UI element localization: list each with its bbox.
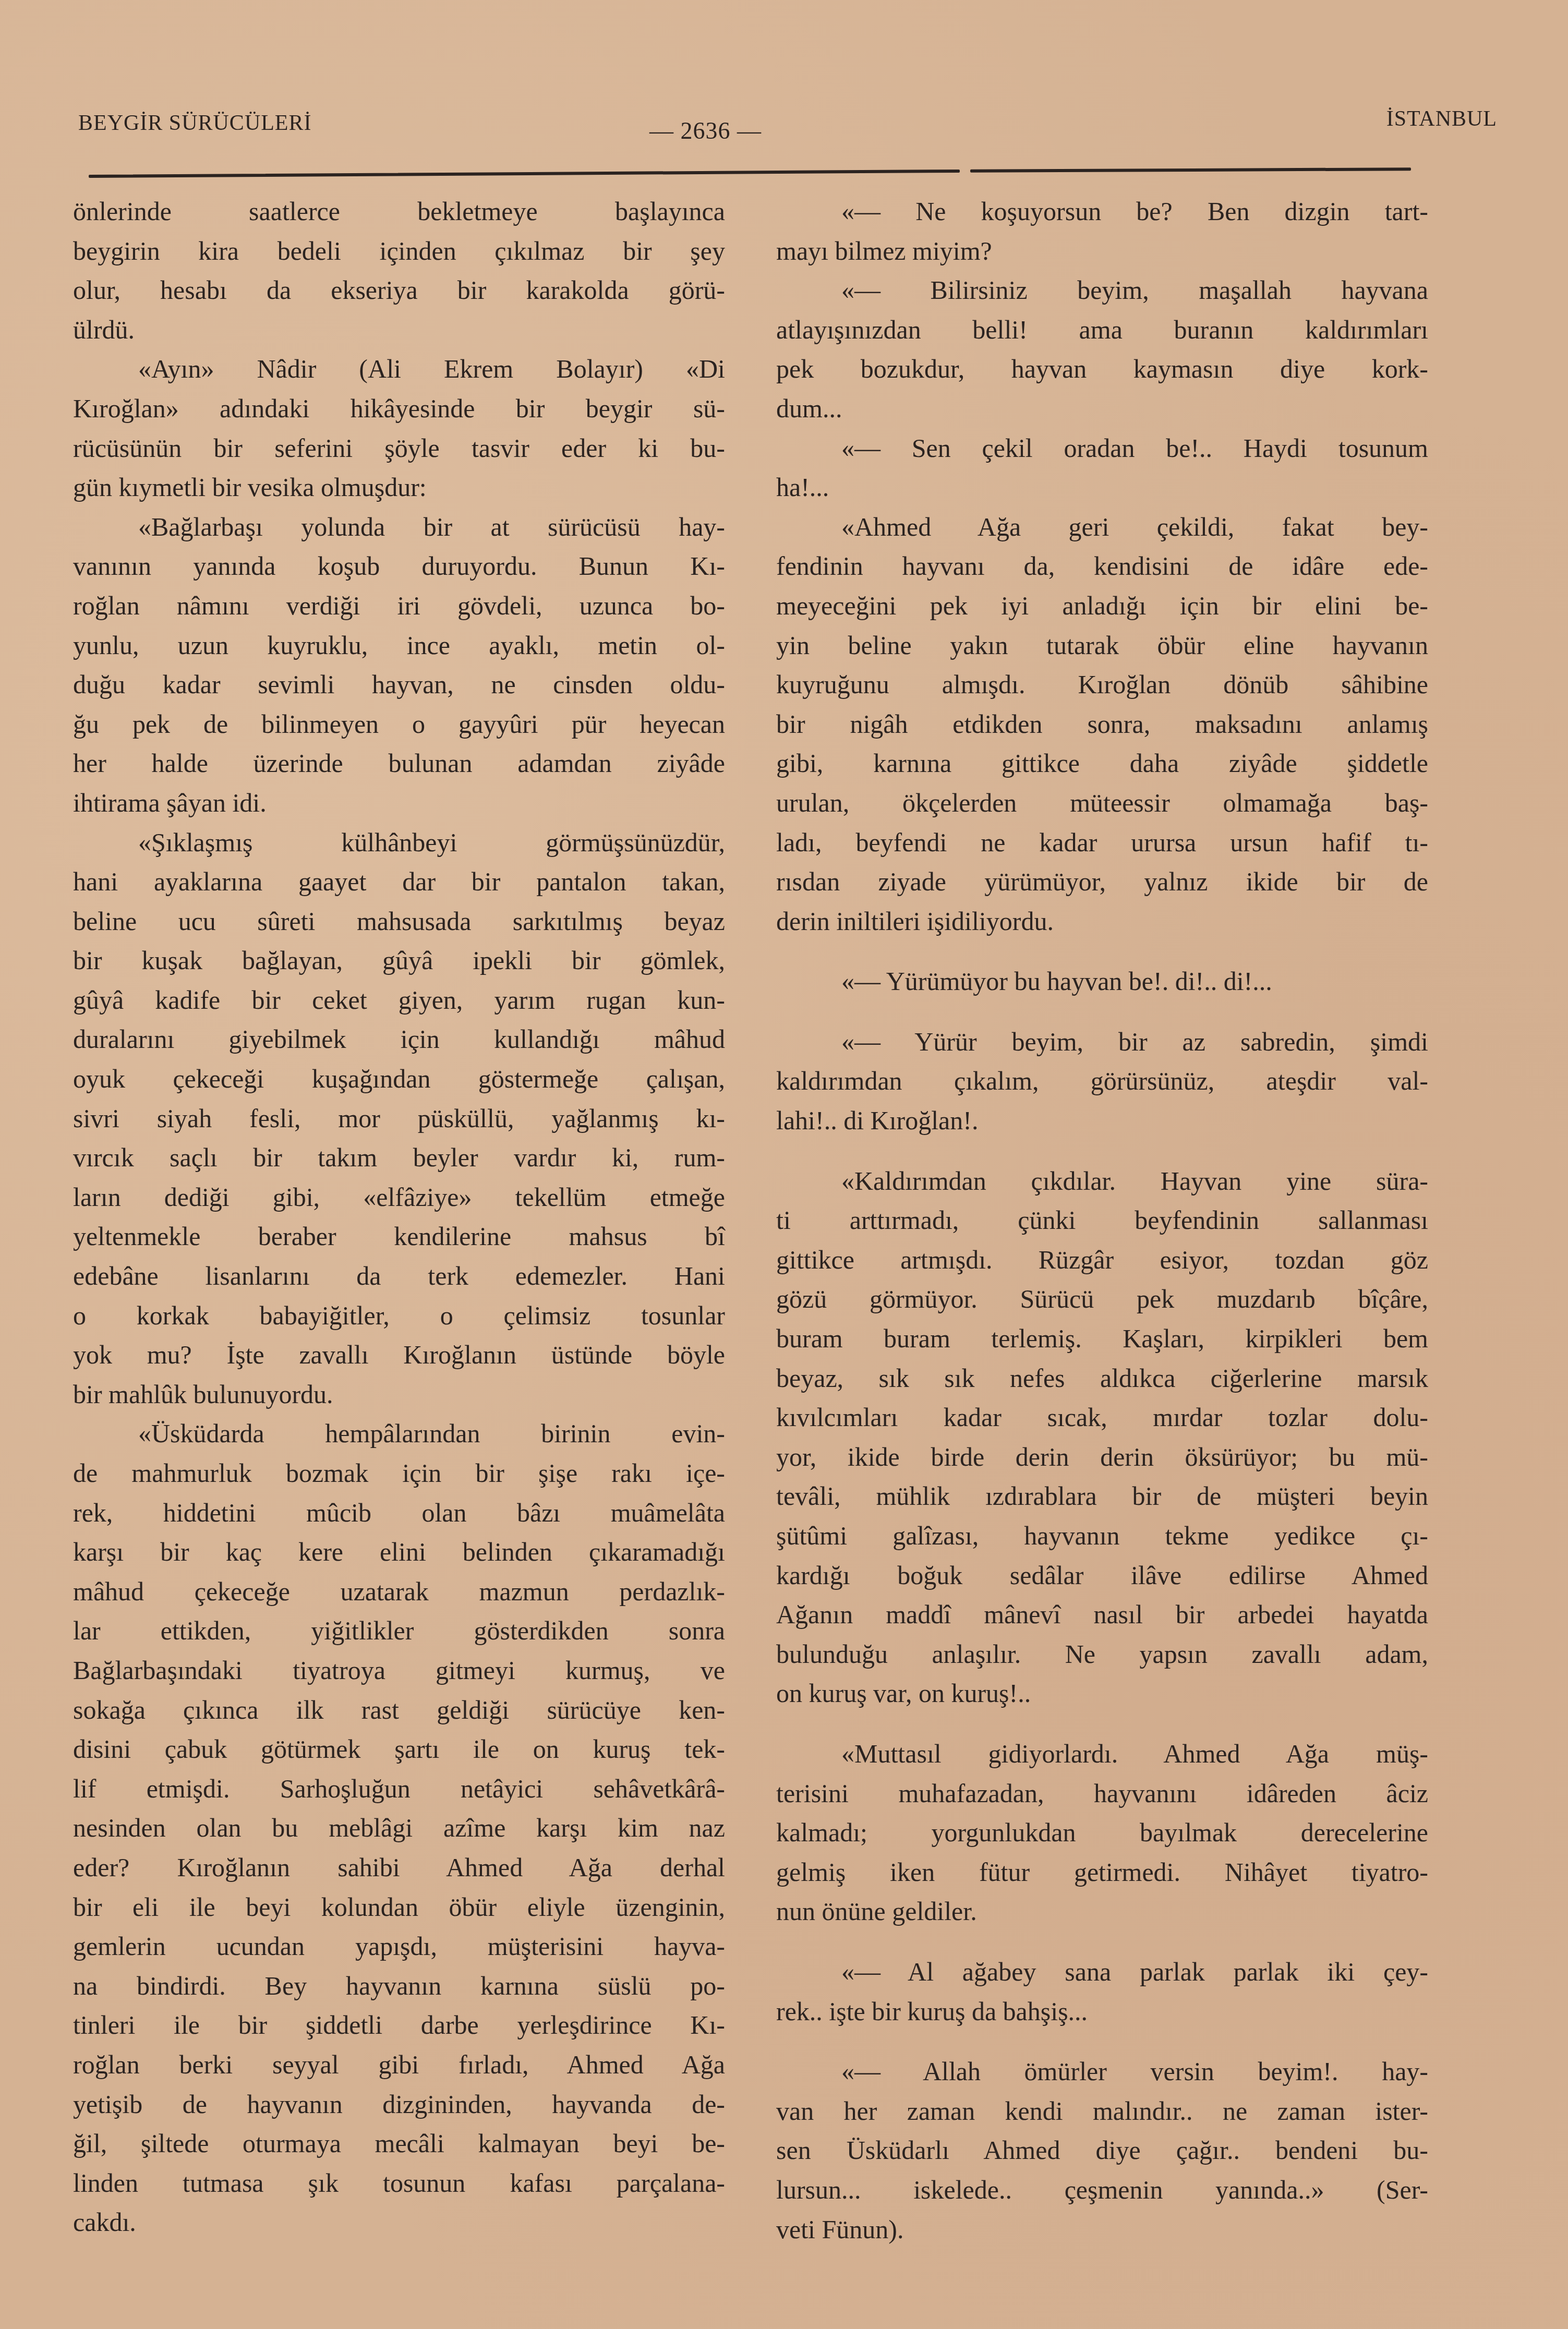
text-line: kaldırımdan çıkalım, görürsünüz, ateşdir… (776, 1061, 1428, 1101)
text-line: veti Fünun). (776, 2210, 1428, 2250)
paragraph-gap (776, 1141, 1428, 1162)
text-line: cakdı. (73, 2203, 725, 2242)
text-line: Bağlarbaşındaki tiyatroya gitmeyi kurmuş… (73, 1651, 725, 1691)
text-line: edebâne lisanlarını da terk edemezler. H… (73, 1257, 725, 1296)
text-line: vırcık saçlı bir takım beyler vardır ki,… (73, 1138, 725, 1178)
text-line: rek.. işte bir kuruş da bahşiş... (776, 1992, 1428, 2032)
text-line: karşı bir kaç kere elini belinden çıkara… (73, 1532, 725, 1572)
text-line: rücüsünün bir seferini şöyle tasvir eder… (73, 429, 725, 468)
text-line: bir eli ile beyi kolundan öbür eliyle üz… (73, 1888, 725, 1927)
text-line: lif etmişdi. Sarhoşluğun netâyici sehâve… (73, 1769, 725, 1809)
text-line: gemlerin ucundan yapışdı, müşterisini ha… (73, 1927, 725, 1966)
text-line: ğil, şiltede oturmaya mecâli kalmayan be… (73, 2124, 725, 2164)
left-text-column: önlerinde saatlerce bekletmeye başlayınc… (73, 192, 725, 2242)
text-line: ihtirama şâyan idi. (73, 783, 725, 823)
text-line: bir nigâh etdikden sonra, maksadını anla… (776, 705, 1428, 744)
text-line: duralarını giyebilmek için kullandığı mâ… (73, 1020, 725, 1059)
text-line: lahi!.. di Kıroğlan!. (776, 1101, 1428, 1141)
text-line: bir kuşak bağlayan, gûyâ ipekli bir göml… (73, 941, 725, 981)
paragraph-start: «Kaldırımdan çıkdılar. Hayvan yine süra- (776, 1162, 1428, 1201)
paragraph-gap (776, 1713, 1428, 1734)
paragraph-start: «Muttasıl gidiyorlardı. Ahmed Ağa müş- (776, 1734, 1428, 1774)
text-line: na bindirdi. Bey hayvanın karnına süslü … (73, 1966, 725, 2006)
text-line: tinleri ile bir şiddetli darbe yerleşdir… (73, 2006, 725, 2045)
dialogue-line: «— Ne koşuyorsun be? Ben dizgin tart- (776, 192, 1428, 232)
text-line: nesinden olan bu meblâgi azîme karşı kim… (73, 1808, 725, 1848)
text-line: nun önüne geldiler. (776, 1892, 1428, 1932)
text-line: yeltenmekle beraber kendilerine mahsus b… (73, 1217, 725, 1257)
text-line: derin iniltileri işidiliyordu. (776, 902, 1428, 942)
text-line: mayı bilmez miyim? (776, 232, 1428, 271)
running-header: BEYGİR SÜRÜCÜLERİ — 2636 — İSTANBUL (78, 111, 1497, 152)
text-line: mâhud çekeceğe uzatarak mazmun perdazlık… (73, 1572, 725, 1612)
text-line: gittikce artmışdı. Rüzgâr esiyor, tozdan… (776, 1240, 1428, 1280)
paragraph-start: «Ayın» Nâdir (Ali Ekrem Bolayır) «Di (73, 349, 725, 389)
paragraph-start: «Bağlarbaşı yolunda bir at sürücüsü hay- (73, 508, 725, 547)
text-line: Ağanın maddî mânevî nasıl bir arbedei ha… (776, 1595, 1428, 1635)
text-line: kardığı boğuk sedâlar ilâve edilirse Ahm… (776, 1556, 1428, 1596)
text-line: fendinin hayvanı da, kendisini de idâre … (776, 547, 1428, 586)
text-line: kalmadı; yorgunlukdan bayılmak dereceler… (776, 1813, 1428, 1853)
text-line: olur, hesabı da ekseriya bir karakolda g… (73, 271, 725, 310)
text-line: vanının yanında koşub duruyordu. Bunun K… (73, 547, 725, 586)
text-line: linden tutmasa şık tosunun kafası parçal… (73, 2164, 725, 2203)
text-line: bir mahlûk bulunuyordu. (73, 1375, 725, 1415)
text-line: meyeceğini pek iyi anladığı için bir eli… (776, 586, 1428, 626)
text-line: beygirin kira bedeli içinden çıkılmaz bi… (73, 232, 725, 271)
dialogue-line: «— Yürümüyor bu hayvan be!. di!.. di!... (776, 962, 1428, 1001)
header-section-title: BEYGİR SÜRÜCÜLERİ (78, 111, 312, 136)
text-line: ların dediği gibi, «elfâziye» tekellüm e… (73, 1178, 725, 1217)
text-line: Kıroğlan» adındaki hikâyesinde bir beygi… (73, 389, 725, 429)
text-line: hani ayaklarına gaayet dar bir pantalon … (73, 862, 725, 902)
text-line: roğlan nâmını verdiği iri gövdeli, uzunc… (73, 586, 725, 626)
dialogue-line: «— Sen çekil oradan be!.. Haydi tosunum (776, 429, 1428, 468)
text-line: van her zaman kendi malındır.. ne zaman … (776, 2092, 1428, 2131)
dialogue-line: «— Allah ömürler versin beyim!. hay- (776, 2052, 1428, 2092)
text-line: atlayışınızdan belli! ama buranın kaldır… (776, 310, 1428, 350)
text-line: gözü görmüyor. Sürücü pek muzdarıb bîçâr… (776, 1280, 1428, 1319)
text-line: kıvılcımları kadar sıcak, mırdar tozlar … (776, 1398, 1428, 1438)
paragraph-gap (776, 1001, 1428, 1022)
text-line: tevâli, mühlik ızdırablara bir de müşter… (776, 1477, 1428, 1516)
text-line: rısdan ziyade yürümüyor, yalnız ikide bi… (776, 862, 1428, 902)
text-line: ladı, beyfendi ne kadar urursa ursun haf… (776, 823, 1428, 863)
text-line: buram buram terlemiş. Kaşları, kirpikler… (776, 1319, 1428, 1359)
paragraph-gap (776, 941, 1428, 962)
dialogue-line: «— Yürür beyim, bir az sabredin, şimdi (776, 1022, 1428, 1062)
text-line: disini çabuk götürmek şartı ile on kuruş… (73, 1730, 725, 1769)
text-line: urulan, ökçelerden müteessir olmamağa ba… (776, 783, 1428, 823)
text-line: roğlan berki seyyal gibi fırladı, Ahmed … (73, 2045, 725, 2085)
page-number: — 2636 — (649, 117, 762, 144)
text-line: eder? Kıroğlanın sahibi Ahmed Ağa derhal (73, 1848, 725, 1888)
dialogue-line: «— Bilirsiniz beyim, maşallah hayvana (776, 271, 1428, 310)
text-line: sokağa çıkınca ilk rast geldiği sürücüye… (73, 1691, 725, 1730)
text-line: oyuk çekeceği kuşağından göstermeğe çalı… (73, 1059, 725, 1099)
text-line: on kuruş var, on kuruş!.. (776, 1674, 1428, 1713)
header-rule-left (89, 170, 960, 178)
text-line: lursun... iskelede.. çeşmenin yanında..»… (776, 2170, 1428, 2210)
paragraph-gap (776, 2031, 1428, 2052)
text-line: şütûmi galîzası, hayvanın tekme yedikce … (776, 1516, 1428, 1556)
text-line: yunlu, uzun kuyruklu, ince ayaklı, metin… (73, 626, 725, 666)
dialogue-line: «— Al ağabey sana parlak parlak iki çey- (776, 1952, 1428, 1992)
text-line: beline ucu sûreti mahsusada sarkıtılmış … (73, 902, 725, 942)
paragraph-gap (776, 1932, 1428, 1952)
paragraph-start: «Üsküdarda hempâlarından birinin evin- (73, 1414, 725, 1454)
text-line: ğu pek de bilinmeyen o gayyûri pür heyec… (73, 705, 725, 744)
paragraph-start: «Ahmed Ağa geri çekildi, fakat bey- (776, 508, 1428, 547)
text-line: o korkak babayiğitler, o çelimsiz tosunl… (73, 1296, 725, 1336)
text-line: önlerinde saatlerce bekletmeye başlayınc… (73, 192, 725, 232)
text-line: sivri siyah fesli, mor püsküllü, yağlanm… (73, 1099, 725, 1139)
text-line: pek bozukdur, hayvan kaymasın diye kork- (776, 349, 1428, 389)
text-line: yok mu? İşte zavallı Kıroğlanın üstünde … (73, 1335, 725, 1375)
text-line: duğu kadar sevimli hayvan, ne cinsden ol… (73, 665, 725, 705)
header-rule-right (970, 167, 1411, 173)
text-line: gibi, karnına gittikce daha ziyâde şidde… (776, 744, 1428, 783)
text-line: dum... (776, 389, 1428, 429)
paragraph-start: «Şıklaşmış külhânbeyi görmüşsünüzdür, (73, 823, 725, 863)
text-line: ti arttırmadı, çünki beyfendinin sallanm… (776, 1201, 1428, 1240)
text-line: de mahmurluk bozmak için bir şişe rakı i… (73, 1454, 725, 1493)
text-line: kuyruğunu almışdı. Kıroğlan dönüb sâhibi… (776, 665, 1428, 705)
text-line: terisini muhafazadan, hayvanını idâreden… (776, 1774, 1428, 1814)
text-line: rek, hiddetini mûcib olan bâzı muâmelâta (73, 1493, 725, 1533)
text-line: gûyâ kadife bir ceket giyen, yarım rugan… (73, 981, 725, 1020)
text-line: gün kıymetli bir vesika olmuşdur: (73, 468, 725, 508)
text-line: sen Üsküdarlı Ahmed diye çağır.. bendeni… (776, 2131, 1428, 2170)
text-line: ülrdü. (73, 310, 725, 350)
text-line: yor, ikide birde derin derin öksürüyor; … (776, 1438, 1428, 1477)
text-line: yetişib de hayvanın dizgininden, hayvand… (73, 2085, 725, 2125)
text-line: yin beline yakın tutarak öbür eline hayv… (776, 626, 1428, 666)
text-line: ha!... (776, 468, 1428, 508)
header-city-title: İSTANBUL (1386, 106, 1497, 131)
text-line: beyaz, sık sık nefes aldıkca ciğerlerine… (776, 1359, 1428, 1398)
text-line: her halde üzerinde bulunan adamdan ziyâd… (73, 744, 725, 783)
text-line: lar ettikden, yiğitlikler gösterdikden s… (73, 1611, 725, 1651)
text-line: gelmiş iken fütur getirmedi. Nihâyet tiy… (776, 1853, 1428, 1892)
right-text-column: «— Ne koşuyorsun be? Ben dizgin tart- ma… (776, 192, 1428, 2249)
text-line: bulunduğu anlaşılır. Ne yapsın zavallı a… (776, 1635, 1428, 1674)
